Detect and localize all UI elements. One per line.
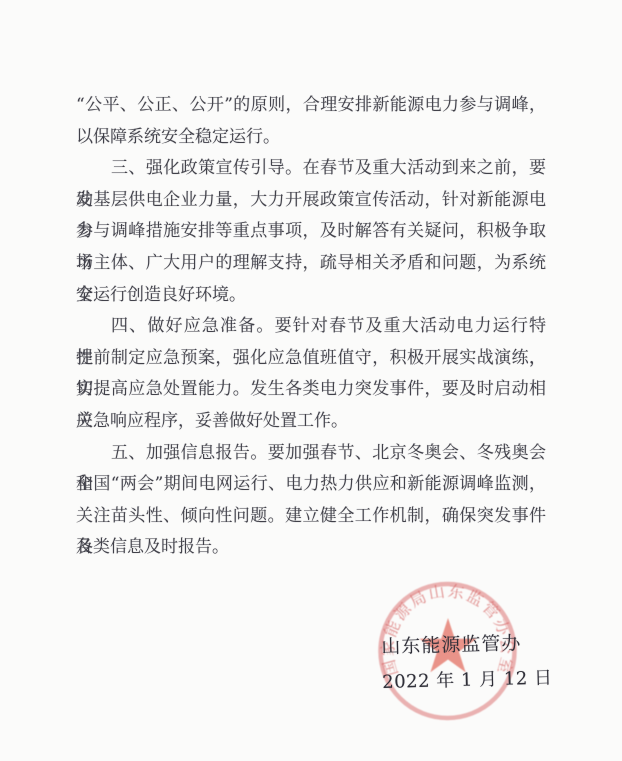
text-line: “公平、公正、公开”的原则，合理安排新能源电力参与调峰，: [76, 90, 546, 122]
text-line: 动基层供电企业力量，大力开展政策宣传活动，针对新能源电力: [76, 185, 546, 217]
text-line: 场主体、广大用户的理解支持，疏导相关矛盾和问题，为系统安: [76, 248, 546, 280]
text-line: 以保障系统安全稳定运行。: [76, 122, 546, 154]
text-line: 全运行创造良好环境。: [76, 280, 546, 312]
text-line: 提前制定应急预案，强化应急值班值守，积极开展实战演练，切: [76, 343, 546, 375]
text-line: 关注苗头性、倾向性问题。建立健全工作机制，确保突发事件及: [76, 501, 546, 533]
text-line: 五、加强信息报告。要加强春节、北京冬奥会、冬残奥会和: [76, 438, 546, 470]
document-body: “公平、公正、公开”的原则，合理安排新能源电力参与调峰，以保障系统安全稳定运行。…: [76, 90, 546, 564]
text-line: 参与调峰措施安排等重点事项，及时解答有关疑问，积极争取市: [76, 216, 546, 248]
signature-org: 山东能源监管办: [381, 630, 552, 668]
document-page: “公平、公正、公开”的原则，合理安排新能源电力参与调峰，以保障系统安全稳定运行。…: [0, 0, 622, 761]
text-line: 四、做好应急准备。要针对春节及重大活动电力运行特性，: [76, 311, 546, 343]
text-line: 各类信息及时报告。: [76, 532, 546, 564]
signature-date: 2022 年 1 月 12 日: [382, 664, 553, 694]
text-line: 全国“两会”期间电网运行、电力热力供应和新能源调峰监测，: [76, 469, 546, 501]
text-line: 实提高应急处置能力。发生各类电力突发事件，要及时启动相关: [76, 374, 546, 406]
text-line: 三、强化政策宣传引导。在春节及重大活动到来之前，要发: [76, 153, 546, 185]
signature-block: 山东能源监管办 2022 年 1 月 12 日: [381, 630, 553, 694]
text-line: 应急响应程序，妥善做好处置工作。: [76, 406, 546, 438]
